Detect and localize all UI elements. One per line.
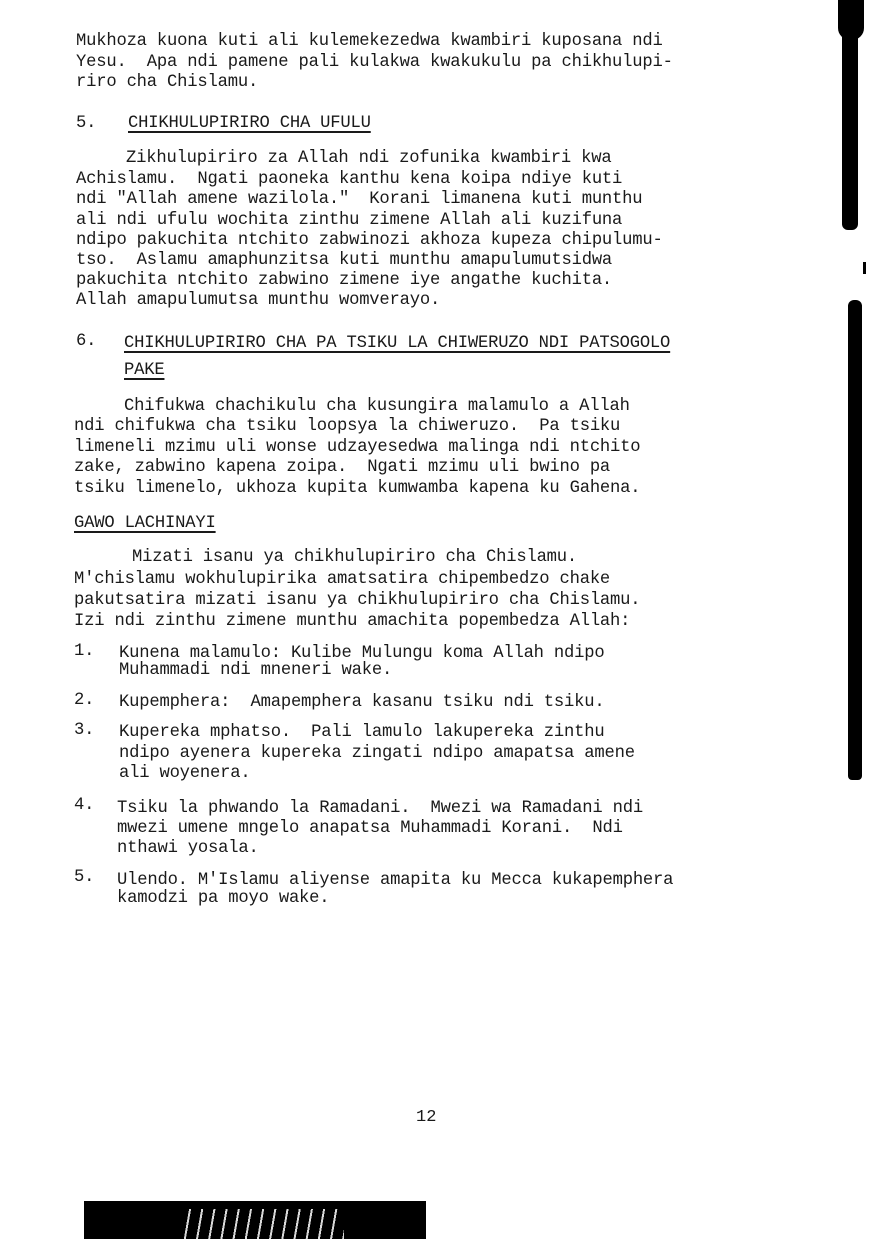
scan-artifact-streaks (184, 1209, 344, 1239)
scan-artifact-dot (863, 262, 866, 274)
pillar-5-line: kamodzi pa moyo wake. (117, 890, 329, 907)
part-4-line: M'chislamu wokhulupirika amatsatira chip… (74, 571, 610, 588)
scan-artifact-bottom (84, 1201, 426, 1239)
section-5-line: Allah amapulumutsa munthu womverayo. (76, 292, 440, 309)
pillar-4-line: Tsiku la phwando la Ramadani. Mwezi wa R… (117, 800, 643, 817)
scan-artifact-right-lower (848, 300, 862, 780)
pillar-5-number: 5. (74, 869, 94, 886)
section-6-heading-line-2: PAKE (124, 362, 164, 379)
part-4-line: Mizati isanu ya chikhulupiriro cha Chisl… (132, 549, 577, 566)
section-5-line: tso. Aslamu amaphunzitsa kuti munthu ama… (76, 252, 612, 269)
section-5-line: Achislamu. Ngati paoneka kanthu kena koi… (76, 171, 622, 188)
section-5-line: ndipo pakuchita ntchito zabwinozi akhoza… (76, 232, 663, 249)
pillar-3-number: 3. (74, 722, 94, 739)
pillar-2-line: Kupemphera: Amapemphera kasanu tsiku ndi… (119, 694, 604, 711)
pillar-4-line: nthawi yosala. (117, 840, 259, 857)
section-5-line: ndi "Allah amene wazilola." Korani liman… (76, 191, 642, 208)
section-6-number: 6. (76, 333, 96, 350)
part-4-heading: GAWO LACHINAYI (74, 515, 216, 532)
section-5-line: pakuchita ntchito zabwino zimene iye ang… (76, 272, 612, 289)
pillar-1-number: 1. (74, 643, 94, 660)
part-4-line: Izi ndi zinthu zimene munthu amachita po… (74, 613, 630, 630)
scan-artifact-top (838, 0, 864, 40)
intro-line-3: riro cha Chislamu. (76, 74, 258, 91)
pillar-2-number: 2. (74, 692, 94, 709)
section-6-line: tsiku limenelo, ukhoza kupita kumwamba k… (74, 480, 640, 497)
pillar-1-line: Muhammadi ndi mneneri wake. (119, 662, 392, 679)
scan-artifact-right-upper (842, 35, 858, 230)
intro-line-2: Yesu. Apa ndi pamene pali kulakwa kwakuk… (76, 54, 673, 71)
pillar-3-line: Kupereka mphatso. Pali lamulo lakupereka… (119, 724, 604, 741)
section-6-line: ndi chifukwa cha tsiku loopsya la chiwer… (74, 418, 620, 435)
part-4-line: pakutsatira mizati isanu ya chikhulupiri… (74, 592, 640, 609)
section-6-line: zake, zabwino kapena zoipa. Ngati mzimu … (74, 459, 610, 476)
section-5-heading: CHIKHULUPIRIRO CHA UFULU (128, 115, 371, 132)
pillar-3-line: ndipo ayenera kupereka zingati ndipo ama… (119, 745, 635, 762)
section-5-line: ali ndi ufulu wochita zinthu zimene Alla… (76, 212, 622, 229)
pillar-4-number: 4. (74, 797, 94, 814)
section-6-line: limeneli mzimu uli wonse udzayesedwa mal… (74, 439, 640, 456)
section-5-number: 5. (76, 115, 96, 132)
pillar-3-line: ali woyenera. (119, 765, 250, 782)
intro-line-1: Mukhoza kuona kuti ali kulemekezedwa kwa… (76, 33, 663, 50)
section-6-line: Chifukwa chachikulu cha kusungira malamu… (124, 398, 630, 415)
pillar-5-line: Ulendo. M'Islamu aliyense amapita ku Mec… (117, 872, 673, 889)
section-6-heading-line-1: CHIKHULUPIRIRO CHA PA TSIKU LA CHIWERUZO… (124, 335, 670, 352)
section-5-line: Zikhulupiriro za Allah ndi zofunika kwam… (126, 150, 611, 167)
pillar-1-line: Kunena malamulo: Kulibe Mulungu koma All… (119, 645, 604, 662)
page-number: 12 (416, 1108, 436, 1127)
pillar-4-line: mwezi umene mngelo anapatsa Muhammadi Ko… (117, 820, 623, 837)
